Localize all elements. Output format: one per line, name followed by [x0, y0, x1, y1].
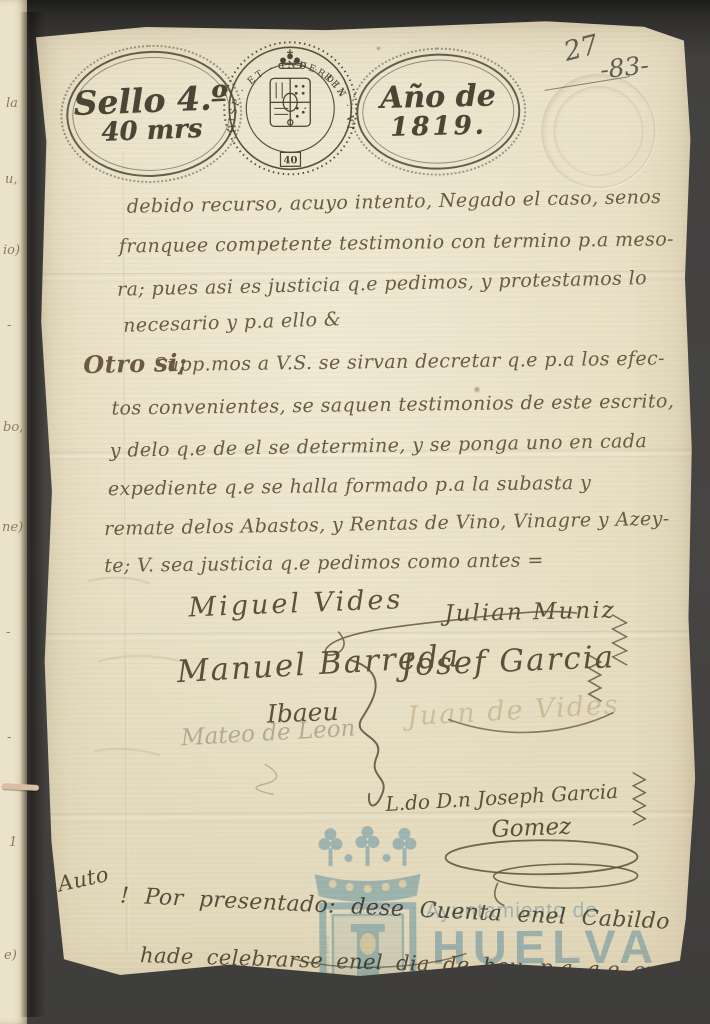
- julian-muniz-rubric: [612, 615, 626, 665]
- watermark-motto-top: ET TERRA: [351, 908, 386, 915]
- photo-backdrop: { "folio": { "number": "27", "secondary"…: [0, 0, 710, 1024]
- prev-page-text-fragment: io): [3, 243, 20, 258]
- document-page: 27 -83- Sello 4.º 40 mrs HISP · ET · IND…: [26, 19, 698, 1000]
- watermark-shield-icon: ET TERRA PORTUS MARIS: [323, 906, 413, 1014]
- josef-garcia-rubric: [589, 655, 601, 701]
- josef-garcia-underline: [449, 713, 613, 733]
- mateo-de-leon-rubric: [256, 764, 277, 794]
- huelva-coat-of-arms-watermark: ET TERRA PORTUS MARIS: [291, 818, 444, 1019]
- prev-page-text-fragment: 1: [9, 835, 17, 850]
- bleed-through-marks: [88, 577, 179, 755]
- watermark-city-name: HUELVA: [432, 919, 661, 975]
- gomez-flourish-loop: [494, 864, 638, 889]
- binding-gutter: [20, 12, 46, 1017]
- manuel-barreda-rubric: [351, 660, 384, 806]
- prev-page-text-fragment: -: [6, 625, 10, 640]
- watermark-crown-icon: [314, 826, 420, 902]
- gomez-rubric-coil: [633, 773, 645, 825]
- prev-page-text-fragment: -: [7, 730, 11, 745]
- prev-page-text-fragment: u,: [5, 172, 18, 187]
- watermark-motto-side: PORTUS MARIS: [325, 935, 331, 981]
- miguel-vides-rubric: [325, 611, 577, 655]
- gomez-flourish-loop: [445, 840, 637, 875]
- prev-page-text-fragment: -: [7, 318, 11, 333]
- prev-page-text-fragment: la: [6, 96, 18, 111]
- prev-page-text-fragment: e): [4, 948, 17, 963]
